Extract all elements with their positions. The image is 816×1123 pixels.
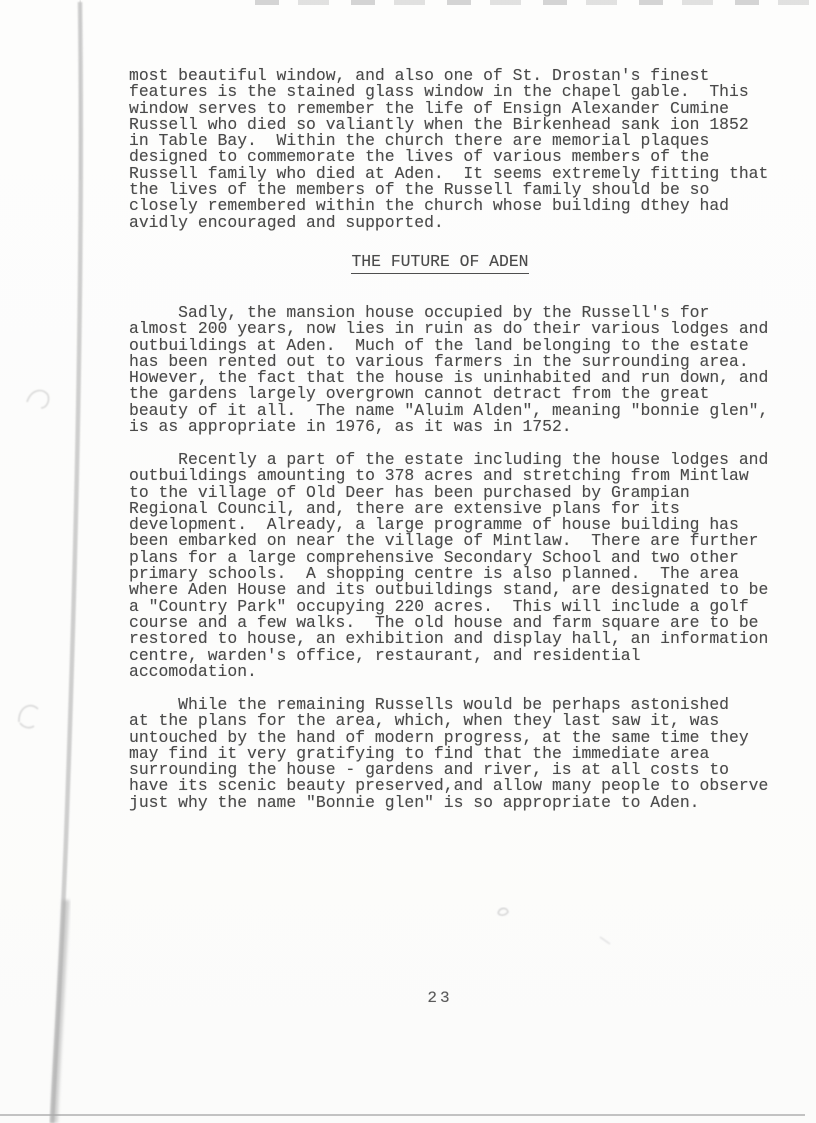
paragraph-3: Recently a part of the estate including … [129, 452, 768, 680]
right-smudge [600, 937, 610, 944]
page-number: 23 [427, 989, 452, 1007]
scan-top-edge-text-remnant [255, 0, 816, 5]
binding-shadow-upper [80, 0, 81, 180]
section-heading: THE FUTURE OF ADEN [351, 252, 528, 274]
margin-smudge-upper [27, 391, 49, 408]
center-smudge [498, 908, 508, 915]
scanned-document-page: most beautiful window, and also one of S… [0, 0, 816, 1123]
binding-shadow-lower [54, 900, 66, 1123]
margin-smudge-lower [19, 706, 38, 728]
paragraph-4: While the remaining Russells would be pe… [129, 697, 768, 811]
paragraph-2: Sadly, the mansion house occupied by the… [129, 305, 768, 435]
scan-bottom-edge-line [0, 1114, 805, 1116]
binding-shadow [52, 2, 81, 1123]
section-heading-row: THE FUTURE OF ADEN [129, 253, 751, 271]
paragraph-1: most beautiful window, and also one of S… [129, 68, 768, 231]
page-number-row: 23 [129, 989, 751, 1007]
